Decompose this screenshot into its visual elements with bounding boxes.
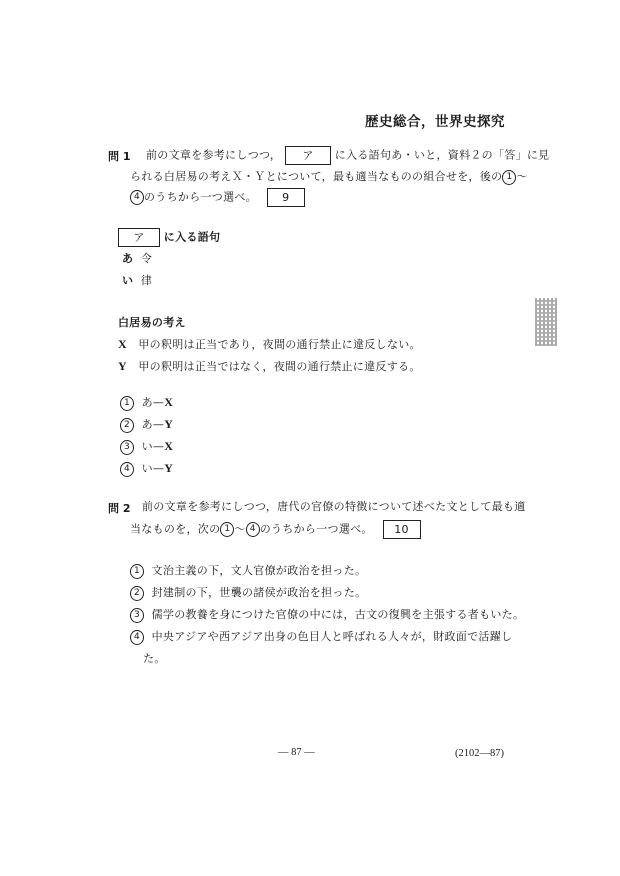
circled-number: 1 — [120, 396, 134, 411]
phrase-text: 令 — [141, 252, 152, 265]
circled-number: 3 — [130, 608, 144, 623]
q2-choice-1[interactable]: 1 文治主義の下，文人官僚が政治を担った。 — [130, 562, 366, 579]
idea-key: Y — [118, 359, 127, 373]
phrase-item-a: あ 令 — [122, 250, 152, 266]
question-1-text: られる白居易の考えＸ・Ｙとについて，最も適当なものの組合せを，後の — [130, 170, 502, 183]
question-2-line-2: 当なものを，次の1〜4のうちから一つ選べ。 10 — [130, 520, 421, 539]
choice-1[interactable]: 1 あ—X — [120, 394, 173, 411]
side-index-tab — [535, 298, 557, 346]
phrase-section-title: ア に入る語句 — [118, 228, 220, 247]
dash: — — [153, 418, 164, 431]
dash: — — [153, 396, 164, 409]
question-1-text: 前の文章を参考にしつつ， — [146, 149, 281, 162]
question-1-text: のうちから一つ選べ。 — [144, 191, 257, 204]
answer-box-9[interactable]: 9 — [267, 188, 305, 207]
circled-number: 1 — [130, 564, 144, 579]
choice-key: X — [164, 395, 173, 409]
tilde: 〜 — [234, 523, 245, 536]
blank-box-a: ア — [118, 228, 160, 247]
question-1-label: 問 1 — [108, 148, 130, 164]
circled-number: 1 — [502, 170, 516, 185]
blank-box-a: ア — [285, 146, 331, 165]
idea-section-title: 白居易の考え — [118, 314, 186, 330]
circled-number: 4 — [246, 522, 260, 537]
page-header-title: 歴史総合，世界史探究 — [365, 110, 505, 130]
circled-number: 4 — [130, 630, 144, 645]
tilde: 〜 — [516, 170, 527, 183]
choice-kana: い — [142, 462, 153, 475]
question-1-line-1: 前の文章を参考にしつつ， ア に入る語句あ・いと，資料２の「答」に見 — [146, 146, 549, 165]
question-2-label: 問 2 — [108, 500, 130, 516]
idea-item-x: X 甲の釈明は正当であり，夜間の通行禁止に違反しない。 — [118, 336, 421, 352]
q2-choice-2[interactable]: 2 封建制の下，世襲の諸侯が政治を担った。 — [130, 584, 366, 601]
idea-text: 甲の釈明は正当であり，夜間の通行禁止に違反しない。 — [138, 338, 421, 351]
dash: — — [153, 462, 164, 475]
circled-number: 2 — [130, 586, 144, 601]
q2-choice-4[interactable]: 4 中央アジアや西アジア出身の色目人と呼ばれる人々が，財政面で活躍し — [130, 628, 512, 645]
idea-text: 甲の釈明は正当ではなく，夜間の通行禁止に違反する。 — [138, 360, 420, 373]
question-2-line-1: 前の文章を参考にしつつ，唐代の官僚の特徴について述べた文として最も適 — [142, 498, 526, 514]
question-1-text: に入る語句あ・いと，資料２の「答」に見 — [335, 149, 550, 162]
question-1-line-2: られる白居易の考えＸ・Ｙとについて，最も適当なものの組合せを，後の1〜 — [130, 168, 528, 185]
q2-choice-3[interactable]: 3 儒学の教養を身につけた官僚の中には，古文の復興を主張する者もいた。 — [130, 606, 524, 623]
circled-number: 2 — [120, 418, 134, 433]
choice-key: Y — [164, 461, 173, 475]
circled-number: 4 — [130, 190, 144, 205]
question-2-text: 当なものを，次の — [130, 523, 220, 536]
phrase-text: 律 — [141, 274, 152, 287]
choice-text: 文治主義の下，文人官僚が政治を担った。 — [152, 564, 367, 577]
page-number: — 87 — — [278, 747, 315, 758]
choice-kana: い — [142, 440, 153, 453]
question-2-text: のうちから一つ選べ。 — [260, 523, 373, 536]
phrase-item-i: い 律 — [122, 272, 152, 288]
circled-number: 4 — [120, 462, 134, 477]
choice-text: 儒学の教養を身につけた官僚の中には，古文の復興を主張する者もいた。 — [152, 608, 525, 621]
choice-kana: あ — [142, 396, 153, 409]
choice-key: Y — [164, 417, 173, 431]
choice-3[interactable]: 3 い—X — [120, 438, 173, 455]
choice-2[interactable]: 2 あ—Y — [120, 416, 173, 433]
choice-text: 中央アジアや西アジア出身の色目人と呼ばれる人々が，財政面で活躍し — [152, 630, 513, 643]
question-1-line-3: 4のうちから一つ選べ。 9 — [130, 188, 305, 207]
q2-choice-4-continuation: た。 — [143, 650, 166, 666]
document-code: (2102—87) — [455, 748, 504, 759]
phrase-kana: あ — [122, 252, 133, 265]
idea-key: X — [118, 337, 127, 351]
phrase-section-heading: に入る語句 — [164, 231, 221, 244]
choice-4[interactable]: 4 い—Y — [120, 460, 173, 477]
choice-key: X — [164, 439, 173, 453]
idea-item-y: Y 甲の釈明は正当ではなく，夜間の通行禁止に違反する。 — [118, 358, 421, 374]
circled-number: 3 — [120, 440, 134, 455]
dash: — — [153, 440, 164, 453]
circled-number: 1 — [220, 522, 234, 537]
phrase-kana: い — [122, 274, 133, 287]
answer-box-10[interactable]: 10 — [383, 520, 421, 539]
choice-kana: あ — [142, 418, 153, 431]
choice-text: 封建制の下，世襲の諸侯が政治を担った。 — [152, 586, 367, 599]
